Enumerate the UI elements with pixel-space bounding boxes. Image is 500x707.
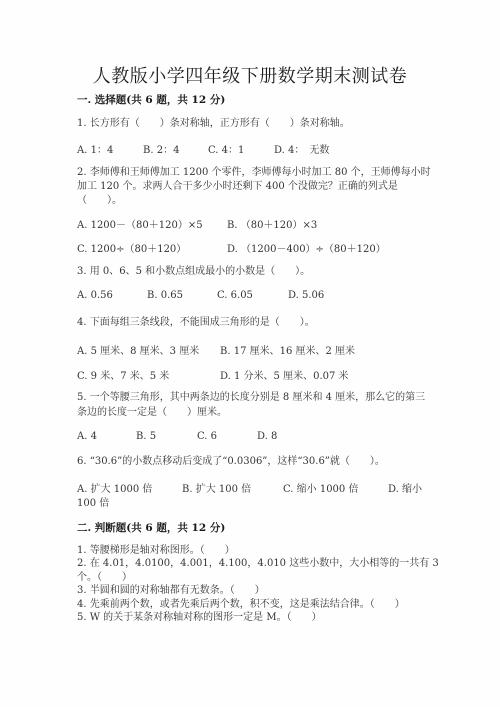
judgement-line-6: 5. W 的关于某条对称轴对称的图形一定是 M。（ ） [77,611,427,625]
option-b: B. 0.65 [147,290,183,301]
option-c: C. 缩小 1000 倍 [283,480,358,495]
option-a: A. 0.56 [77,290,113,301]
option-b: B. （80＋120）×3 [227,216,317,231]
option-b: B. 2：4 [143,141,179,156]
question-3-stem: 3. 用 0、6、5 和小数点组成最小的小数是（ ）。 [77,265,427,279]
option-a: A. 1200－（80＋120）×5 [77,216,203,231]
judgement-line-4: 3. 半圆和圆的对称轴都有无数条。（ ） [77,584,427,598]
option-b: B. 扩大 100 倍 [182,480,251,495]
option-c: C. 4：1 [208,141,244,156]
option-d-continued: 100 倍 [77,494,109,509]
judgement-line-3: 个。（ ） [77,571,427,585]
option-b: B. 5 [136,431,156,442]
option-d: D. 4： 无数 [274,141,329,156]
option-a: A. 5 厘米、8 厘米、3 厘米 [77,342,199,357]
option-b: B. 17 厘米、16 厘米、2 厘米 [220,342,355,357]
option-a: A. 1：4 [77,141,113,156]
option-c: C. 6.05 [217,290,253,301]
option-d: D. 5.06 [288,290,324,301]
judgement-line-1: 1. 等腰梯形是轴对称图形。（ ） [77,544,427,558]
exam-page: 人教版小学四年级下册数学期末测试卷 一. 选择题(共 6 题，共 12 分) 1… [0,0,500,707]
option-d: D. （1200－400）÷（80＋120） [227,240,386,255]
question-1-stem: 1. 长方形有（ ）条对称轴，正方形有（ ）条对称轴。 [77,117,427,131]
option-c: C. 6 [197,431,217,442]
option-a: A. 4 [77,431,97,442]
option-c: C. 1200÷（80＋120） [77,240,186,255]
question-2-stem-line-1: 2. 李师傅和王师傅加工 1200 个零件，李师傅每小时加工 80 个，王师傅每… [77,166,427,180]
page-title: 人教版小学四年级下册数学期末测试卷 [0,62,500,88]
judgement-line-2: 2. 在 4.01，4.0100，4.001，4.100，4.010 这些小数中… [77,557,427,571]
option-d: D. 8 [257,431,277,442]
question-4-stem: 4. 下面每组三条线段，不能围成三角形的是（ ）。 [77,316,427,330]
question-2-stem-line-3: （ ）。 [77,194,427,208]
question-5-stem-line-1: 5. 一个等腰三角形，其中两条边的长度分别是 8 厘米和 4 厘米，那么它的第三 [77,391,427,405]
question-5-stem-line-2: 条边的长度一定是（ ）厘米。 [77,406,427,420]
option-a: A. 扩大 1000 倍 [77,480,152,495]
judgement-line-5: 4. 先乘前两个数，或者先乘后两个数，积不变，这是乘法结合律。（ ） [77,598,427,612]
section-heading-judgement: 二. 判断题(共 6 题，共 12 分) [77,520,225,535]
question-2-stem-line-2: 加工 120 个。求两人合干多少小时还剩下 400 个没做完？正确的列式是 [77,180,427,194]
option-d: D. 缩小 [388,480,422,495]
option-c: C. 9 米、7 米、5 米 [77,367,169,382]
section-heading-choice: 一. 选择题(共 6 题，共 12 分) [77,92,225,107]
question-6-stem: 6. “30.6”的小数点移动后变成了“0.0306”，这样“30.6”就（ ）… [77,455,427,469]
option-d: D. 1 分米、5 厘米、0.07 米 [220,367,349,382]
